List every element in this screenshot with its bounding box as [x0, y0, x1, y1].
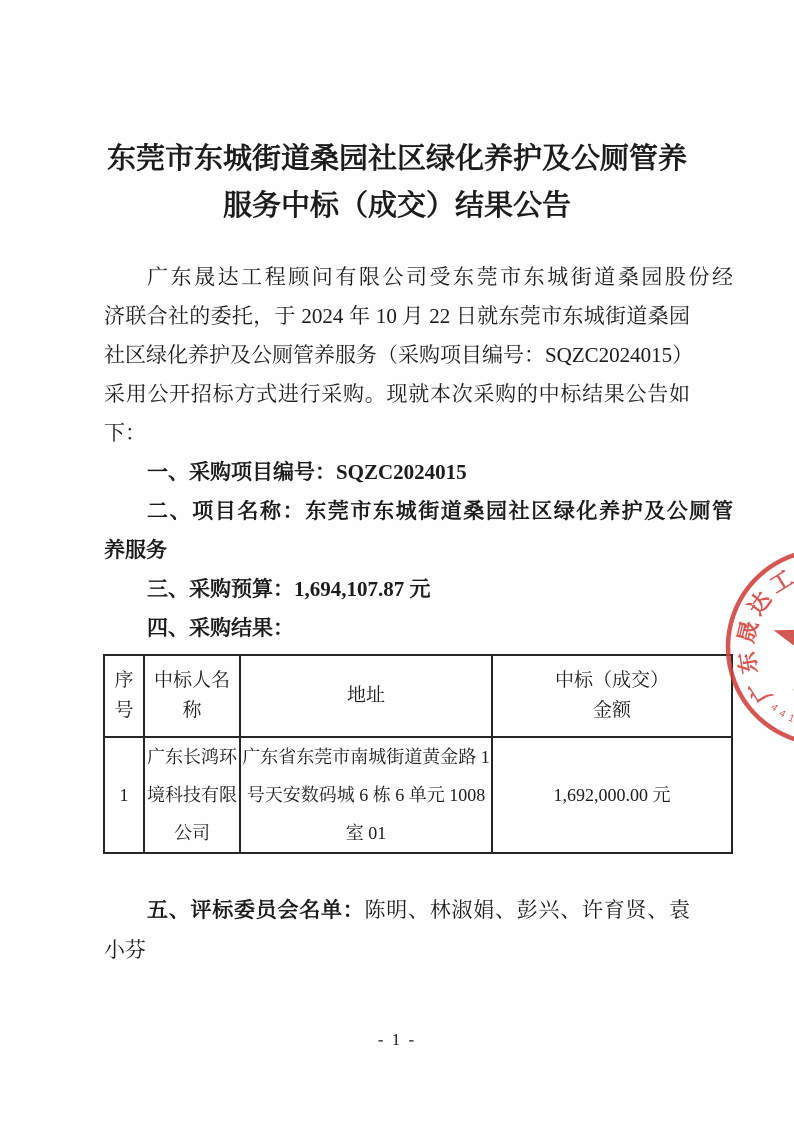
item-line-result-label: 四、采购结果： [104, 609, 733, 648]
results-table: 序号 中标人名称 地址 中标（成交） 金额 1 广东长鸿环境科技有限公司 广东省… [103, 654, 733, 854]
col-header-winner-name: 中标人名称 [144, 655, 240, 737]
document-page: 东莞市东城街道桑园社区绿化养护及公厕管养 服务中标（成交）结果公告 广东晟达工程… [0, 0, 794, 1123]
svg-text:4419: 4419 [768, 702, 794, 730]
intro-line: 济联合社的委托，于 2024 年 10 月 22 日就东莞市东城街道桑园 [104, 297, 690, 336]
intro-line: 下： [104, 414, 690, 453]
col-header-index: 序号 [104, 655, 144, 737]
svg-text:广东晟达工程顾问有限公司: 广东晟达工程顾问有限公司 [733, 555, 794, 713]
committee-line: 五、评标委员会名单：陈明、林淑娟、彭兴、许育贤、袁小芬 [104, 890, 690, 970]
col-header-address: 地址 [240, 655, 492, 737]
title-line-1: 东莞市东城街道桑园社区绿化养护及公厕管养 [104, 136, 690, 183]
title-line-2: 服务中标（成交）结果公告 [104, 183, 690, 230]
seal-ring-text: 广东晟达工程顾问有限公司 [733, 555, 794, 713]
committee-label: 五、评标委员会名单： [147, 898, 365, 922]
intro-line: 广东晟达工程顾问有限公司受东莞市东城街道桑园股份经 [104, 258, 733, 297]
cell-winner-name: 广东长鸿环境科技有限公司 [144, 737, 240, 853]
item-line-project-number: 一、采购项目编号：SQZC2024015 [104, 453, 733, 492]
page-number: - 1 - [0, 1030, 794, 1050]
intro-line: 采用公开招标方式进行采购。现就本次采购的中标结果公告如 [104, 375, 690, 414]
table-header-row: 序号 中标人名称 地址 中标（成交） 金额 [104, 655, 732, 737]
seal-circle [728, 550, 794, 744]
seal-star-icon [774, 593, 794, 691]
table-row: 1 广东长鸿环境科技有限公司 广东省东莞市南城街道黄金路 1 号天安数码城 6 … [104, 737, 732, 853]
cell-address: 广东省东莞市南城街道黄金路 1 号天安数码城 6 栋 6 单元 1008 室 0… [240, 737, 492, 853]
cell-award-amount: 1,692,000.00 元 [492, 737, 732, 853]
seal-code: 4419 [768, 702, 794, 730]
item-line-project-name-cont: 养服务 [104, 531, 690, 570]
item-line-budget: 三、采购预算：1,694,107.87 元 [104, 570, 733, 609]
col-header-award-amount: 中标（成交） 金额 [492, 655, 732, 737]
cell-index: 1 [104, 737, 144, 853]
document-title: 东莞市东城街道桑园社区绿化养护及公厕管养 服务中标（成交）结果公告 [104, 136, 690, 230]
document-body: 广东晟达工程顾问有限公司受东莞市东城街道桑园股份经 济联合社的委托，于 2024… [104, 258, 690, 991]
item-line-project-name: 二、项目名称：东莞市东城街道桑园社区绿化养护及公厕管 [104, 492, 733, 531]
intro-line: 社区绿化养护及公厕管养服务（采购项目编号：SQZC2024015） [104, 336, 690, 375]
